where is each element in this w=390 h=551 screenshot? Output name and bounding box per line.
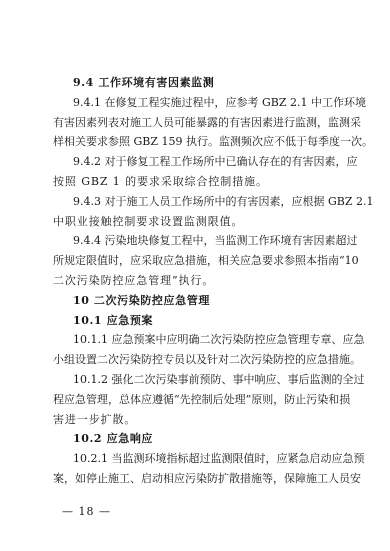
paragraph-10-1-1-line-2: 小组设置二次污染防控专员以及针对二次污染防控的应急措施。 (53, 350, 343, 370)
paragraph-10-1-2-line-3: 害进一步扩散。 (53, 410, 343, 430)
paragraph-9-4-2-line-2: 按照 GBZ 1 的要求采取综合控制措施。 (53, 172, 343, 192)
paragraph-9-4-2-line-1: 9.4.2 对于修复工程工作场所中已确认存在的有害因素，应 (53, 152, 343, 172)
paragraph-10-2-1-line-1: 10.2.1 当监测环境指标超过监测限值时，应紧急启动应急预 (53, 449, 343, 469)
paragraph-9-4-3-line-2: 中职业接触控制要求设置监测限值。 (53, 212, 343, 232)
paragraph-10-2-1-line-2: 案，如停止施工、启动相应污染防扩散措施等，保障施工人员安 (53, 469, 343, 489)
section-heading-10: 10 二次污染防控应急管理 (53, 291, 343, 311)
paragraph-9-4-1-line-2: 有害因素列表对施工人员可能暴露的有害因素进行监测，监测采 (53, 113, 343, 133)
document-body: 9.4 工作环境有害因素监测 9.4.1 在修复工程实施过程中，应参考 GBZ … (53, 73, 343, 489)
section-heading-9-4: 9.4 工作环境有害因素监测 (53, 73, 343, 93)
paragraph-10-1-2-line-2: 程应急管理，总体应遵循“先控制后处理”原则，防止污染和损 (53, 390, 343, 410)
section-heading-10-1: 10.1 应急预案 (53, 311, 343, 331)
page-number: — 18 — (62, 505, 111, 518)
section-heading-10-2: 10.2 应急响应 (53, 429, 343, 449)
paragraph-9-4-1-line-3: 样相关要求参照 GBZ 159 执行。监测频次应不低于每季度一次。 (53, 132, 343, 152)
paragraph-9-4-4-line-1: 9.4.4 污染地块修复工程中，当监测工作环境有害因素超过 (53, 231, 343, 251)
paragraph-9-4-1-line-1: 9.4.1 在修复工程实施过程中，应参考 GBZ 2.1 中工作环境 (53, 93, 343, 113)
document-page: 9.4 工作环境有害因素监测 9.4.1 在修复工程实施过程中，应参考 GBZ … (0, 0, 390, 551)
paragraph-9-4-3-line-1: 9.4.3 对于施工人员工作场所中的有害因素，应根据 GBZ 2.1 (53, 192, 343, 212)
paragraph-9-4-4-line-2: 所规定限值时，应采取应急措施，相关应急要求参照本指南“10 (53, 251, 343, 271)
paragraph-9-4-4-line-3: 二次污染防控应急管理”执行。 (53, 271, 343, 291)
paragraph-10-1-2-line-1: 10.1.2 强化二次污染事前预防、事中响应、事后监测的全过 (53, 370, 343, 390)
paragraph-10-1-1-line-1: 10.1.1 应急预案中应明确二次污染防控应急管理专章、应急 (53, 330, 343, 350)
